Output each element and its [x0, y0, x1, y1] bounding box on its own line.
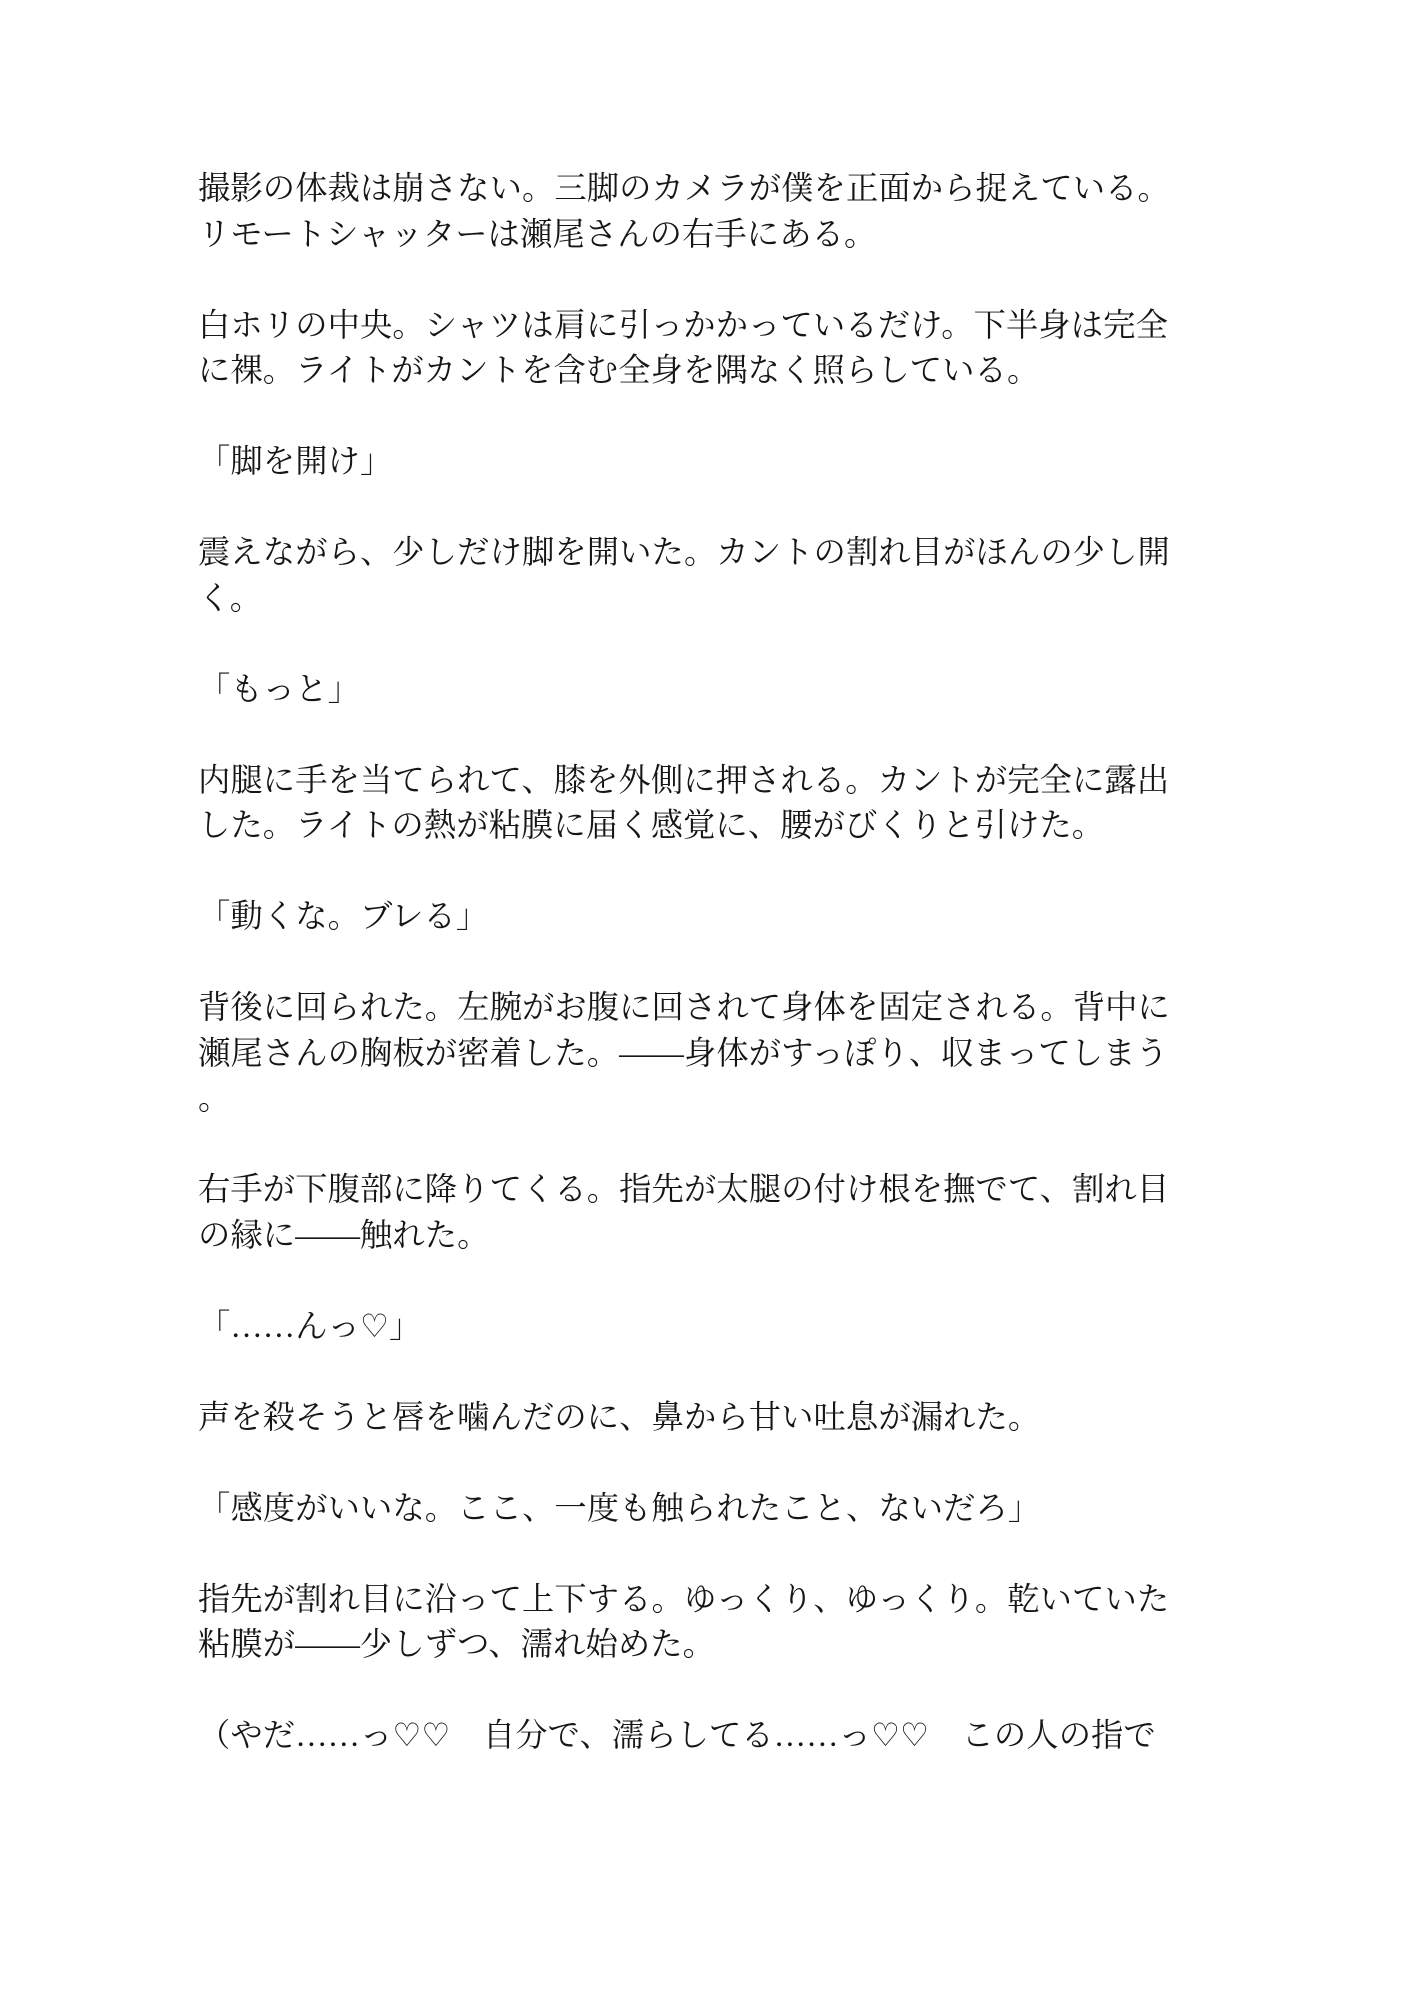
paragraph-narration: 声を殺そうと唇を噛んだのに、鼻から甘い吐息が漏れた。 — [198, 1395, 1176, 1441]
text-line: リモートシャッターは瀬尾さんの右手にある。 — [198, 212, 1176, 258]
text-line: 声を殺そうと唇を噛んだのに、鼻から甘い吐息が漏れた。 — [198, 1395, 1176, 1441]
paragraph-narration: 背後に回られた。左腕がお腹に回されて身体を固定される。背中に瀬尾さんの胸板が密着… — [198, 985, 1176, 1122]
text-line: 「動くな。ブレる」 — [198, 894, 1176, 940]
paragraph-narration: 指先が割れ目に沿って上下する。ゆっくり、ゆっくり。乾いていた粘膜が――少しずつ、… — [198, 1577, 1176, 1668]
text-line: く。 — [198, 576, 1176, 622]
text-line: 撮影の体裁は崩さない。三脚のカメラが僕を正面から捉えている。 — [198, 166, 1176, 212]
text-line: 内腿に手を当てられて、膝を外側に押される。カントが完全に露出 — [198, 758, 1176, 804]
text-line: 指先が割れ目に沿って上下する。ゆっくり、ゆっくり。乾いていた — [198, 1577, 1176, 1623]
text-line: 「脚を開け」 — [198, 439, 1176, 485]
text-line: 「……んっ♡」 — [198, 1304, 1176, 1350]
text-line: の縁に――触れた。 — [198, 1213, 1176, 1259]
paragraph-narration: 白ホリの中央。シャツは肩に引っかかっているだけ。下半身は完全に裸。ライトがカント… — [198, 303, 1176, 394]
text-line: 「もっと」 — [198, 667, 1176, 713]
text-line: 。 — [198, 1076, 1176, 1122]
text-line: に裸。ライトがカントを含む全身を隅なく照らしている。 — [198, 348, 1176, 394]
text-line: （やだ……っ♡♡ 自分で、濡らしてる……っ♡♡ この人の指で — [198, 1713, 1176, 1759]
text-line: 背後に回られた。左腕がお腹に回されて身体を固定される。背中に — [198, 985, 1176, 1031]
paragraph-dialogue: 「感度がいいな。ここ、一度も触られたこと、ないだろ」 — [198, 1486, 1176, 1532]
paragraph-dialogue: 「動くな。ブレる」 — [198, 894, 1176, 940]
paragraph-narration: 撮影の体裁は崩さない。三脚のカメラが僕を正面から捉えている。リモートシャッターは… — [198, 166, 1176, 257]
paragraph-narration: 内腿に手を当てられて、膝を外側に押される。カントが完全に露出した。ライトの熱が粘… — [198, 758, 1176, 849]
paragraph-dialogue: 「もっと」 — [198, 667, 1176, 713]
paragraph-thought: （やだ……っ♡♡ 自分で、濡らしてる……っ♡♡ この人の指で — [198, 1713, 1176, 1759]
text-line: した。ライトの熱が粘膜に届く感覚に、腰がびくりと引けた。 — [198, 803, 1176, 849]
text-line: 粘膜が――少しずつ、濡れ始めた。 — [198, 1622, 1176, 1668]
text-line: 瀬尾さんの胸板が密着した。――身体がすっぽり、収まってしまう — [198, 1031, 1176, 1077]
paragraph-narration: 震えながら、少しだけ脚を開いた。カントの割れ目がほんの少し開く。 — [198, 530, 1176, 621]
paragraph-dialogue: 「脚を開け」 — [198, 439, 1176, 485]
text-line: 震えながら、少しだけ脚を開いた。カントの割れ目がほんの少し開 — [198, 530, 1176, 576]
document-text-block: 撮影の体裁は崩さない。三脚のカメラが僕を正面から捉えている。リモートシャッターは… — [198, 166, 1176, 1759]
text-line: 白ホリの中央。シャツは肩に引っかかっているだけ。下半身は完全 — [198, 303, 1176, 349]
text-line: 右手が下腹部に降りてくる。指先が太腿の付け根を撫でて、割れ目 — [198, 1167, 1176, 1213]
paragraph-dialogue: 「……んっ♡」 — [198, 1304, 1176, 1350]
text-line: 「感度がいいな。ここ、一度も触られたこと、ないだろ」 — [198, 1486, 1176, 1532]
document-page: 撮影の体裁は崩さない。三脚のカメラが僕を正面から捉えている。リモートシャッターは… — [0, 0, 1415, 2000]
paragraph-narration: 右手が下腹部に降りてくる。指先が太腿の付け根を撫でて、割れ目の縁に――触れた。 — [198, 1167, 1176, 1258]
